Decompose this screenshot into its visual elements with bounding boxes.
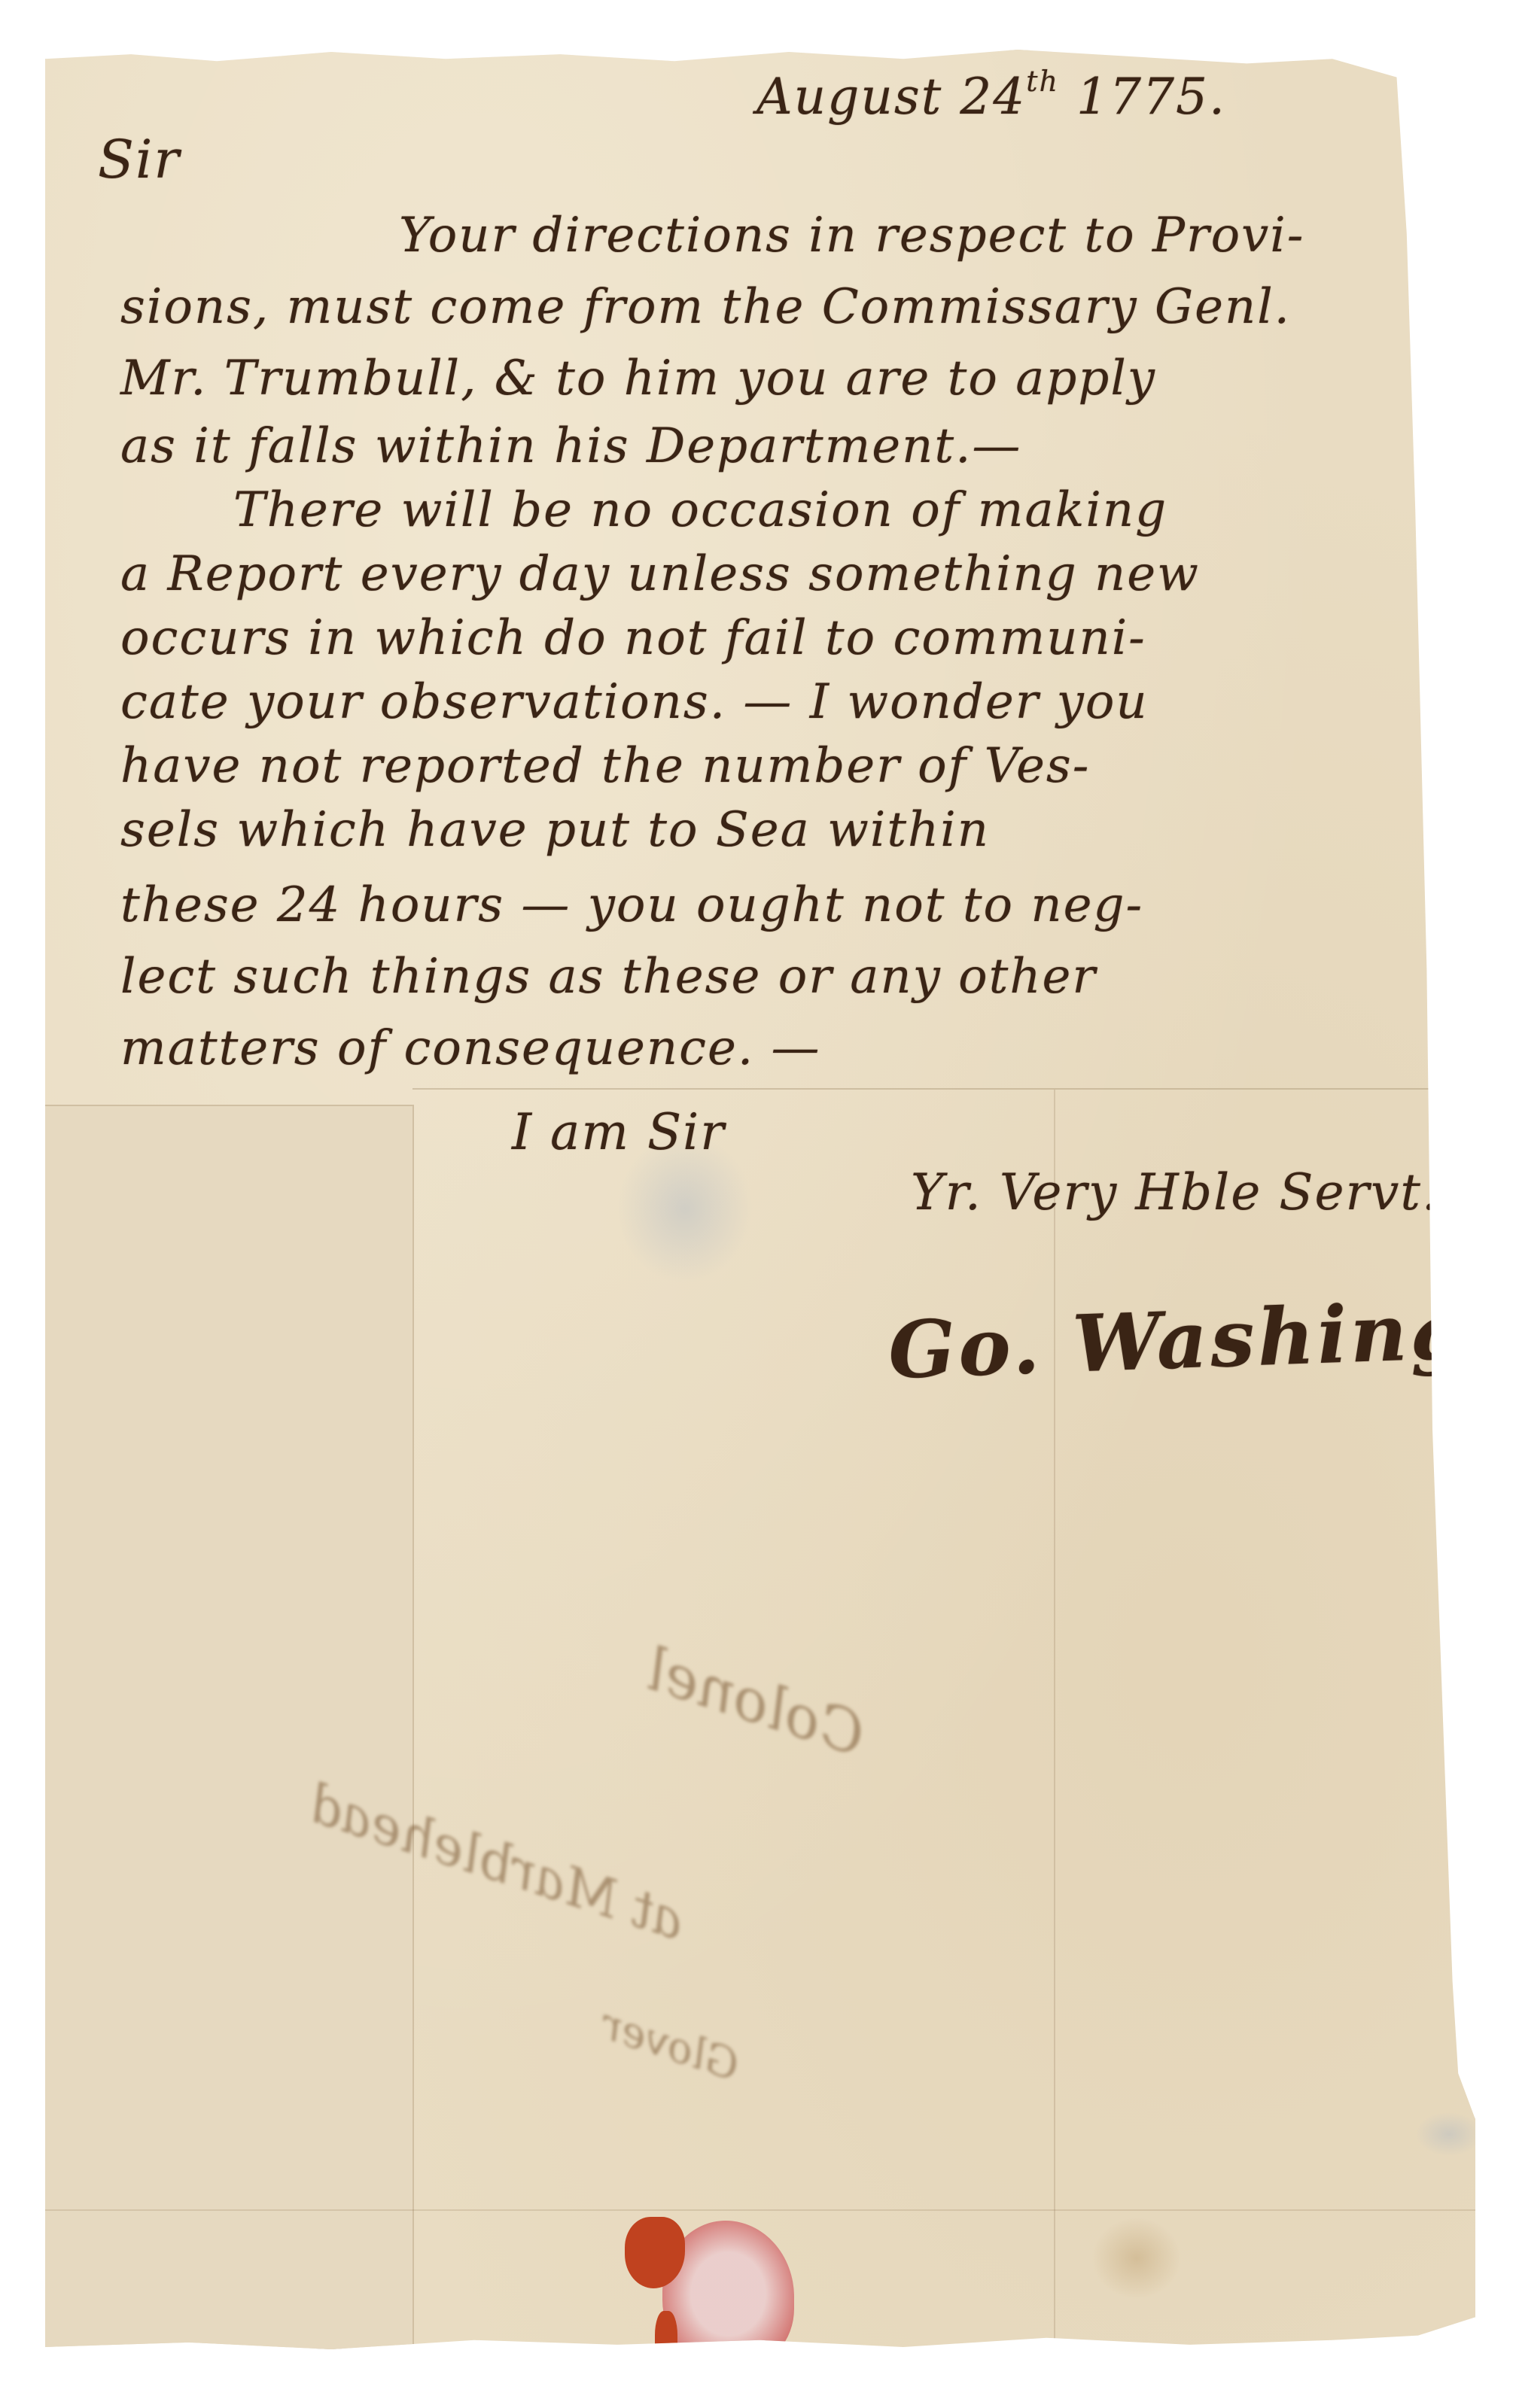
body-line: these 24 hours — you ought not to neg- [120, 877, 1143, 933]
body-line: Your directions in respect to Provi- [399, 208, 1304, 263]
foxing-stain [1091, 2217, 1182, 2300]
salutation: Sir [98, 129, 181, 190]
body-line: There will be no occasion of making [233, 482, 1167, 538]
body-line: as it falls within his Department.— [120, 418, 1021, 474]
date-ordinal: th [1026, 65, 1059, 98]
bleed-through-text: Colonel [638, 1635, 873, 1769]
body-line: matters of consequence. — [120, 1020, 821, 1076]
edge-stain [1415, 2112, 1483, 2157]
closing: I am Sir [512, 1103, 726, 1161]
body-line: cate your observations. — I wonder you [120, 674, 1149, 730]
body-line: occurs in which do not fail to communi- [120, 610, 1146, 666]
body-line: have not reported the number of Ves- [120, 738, 1090, 794]
wax-seal [625, 2217, 805, 2367]
signature: Go. Washington [887, 1278, 1516, 1397]
body-line: sels which have put to Sea within [120, 802, 990, 858]
bleed-through-text: Glover [595, 2000, 745, 2090]
body-line: a Report every day unless something new [120, 546, 1200, 602]
horizontal-fold-line [412, 1088, 1475, 1090]
lower-fold-line [45, 2209, 1475, 2211]
body-line: sions, must come from the Commissary Gen… [120, 279, 1291, 335]
vertical-fold-line [1054, 1090, 1055, 2349]
letter-paper: August 24th 1775. Sir Your directions in… [45, 50, 1475, 2349]
date-month-day: August 24 [756, 68, 1026, 126]
complimentary-close: Yr. Very Hble Servt. [911, 1163, 1439, 1221]
letter-date: August 24th 1775. [756, 65, 1226, 126]
body-line: Mr. Trumbull, & to him you are to apply [120, 351, 1156, 406]
folded-panel [45, 1105, 414, 2351]
wax-seal-fragment [655, 2311, 677, 2371]
date-year: 1775. [1076, 68, 1226, 126]
body-line: lect such things as these or any other [120, 949, 1097, 1005]
